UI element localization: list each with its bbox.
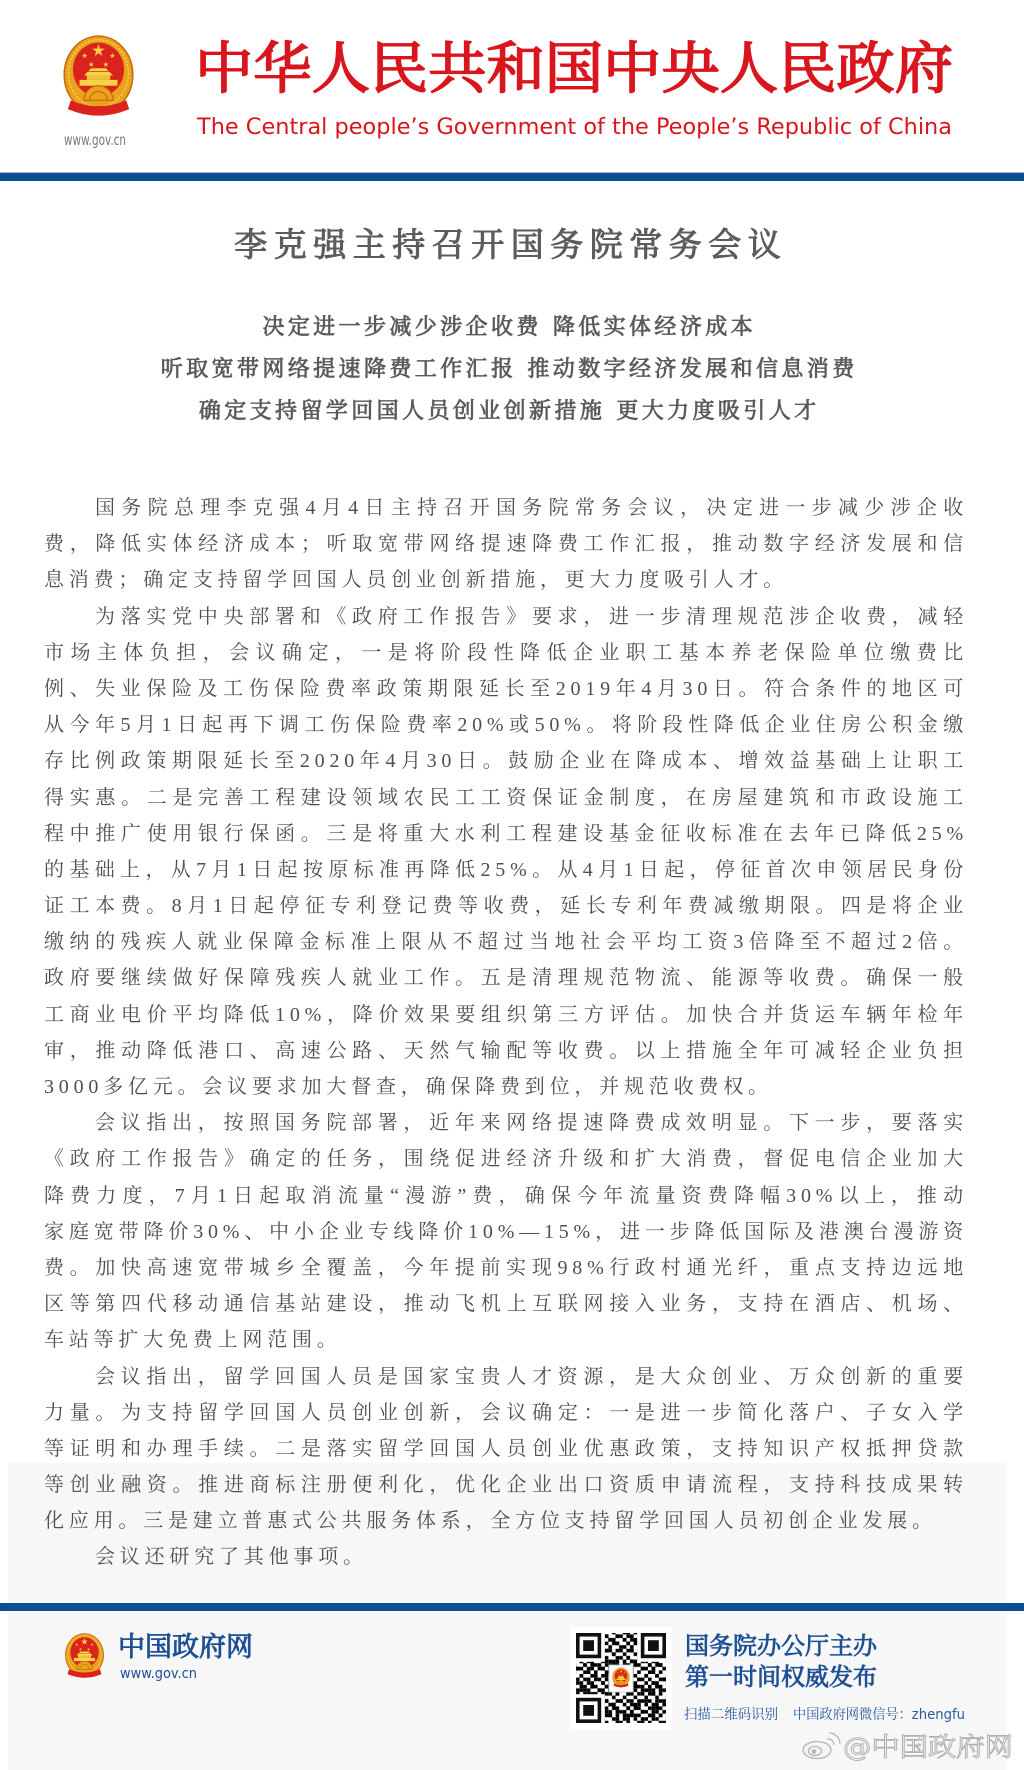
header-divider-highlight [0, 172, 1024, 173]
paragraph: 会议指出，留学回国人员是国家宝贵人才资源，是大众创业、万众创新的重要 力量。为支… [44, 1359, 968, 1540]
body-line: 家庭宽带降价30%、中小企业专线降价10%—15%，进一步降低国际及港澳台漫游资 [44, 1214, 968, 1250]
body-line: 费，降低实体经济成本；听取宽带网络提速降费工作汇报，推动数字经济发展和信 [44, 526, 968, 562]
paragraph: 会议指出，按照国务院部署，近年来网络提速降费成效明显。下一步，要落实 《政府工作… [44, 1105, 968, 1358]
body-line: 降费力度，7月1日起取消流量“漫游”费，确保今年流量资费降幅30%以上，推动 [44, 1178, 968, 1214]
paragraph: 为落实党中央部署和《政府工作报告》要求，进一步清理规范涉企收费，减轻 市场主体负… [44, 599, 968, 1106]
site-footer: 中国政府网 www.gov.cn 国务院办公厅主办 第一时间权威发布 扫描二维码… [0, 1611, 1024, 1770]
site-title-cn: 中华人民共和国中央人民政府 [195, 37, 953, 102]
body-line: 车站等扩大免费上网范围。 [44, 1322, 968, 1358]
footer-slogan-line: 第一时间权威发布 [685, 1663, 877, 1691]
subheadline: 听取宽带网络提速降费工作汇报 推动数字经济发展和信息消费 [8, 349, 1007, 391]
body-line: 例、失业保险及工伤保险费率政策期限延长至2019年4月30日。符合条件的地区可 [44, 671, 968, 707]
national-emblem-icon [65, 1634, 103, 1678]
body-line: 程中推广使用银行保函。三是将重大水利工程建设基金征收标准在去年已降低25% [44, 816, 968, 852]
body-line: 会议指出，留学回国人员是国家宝贵人才资源，是大众创业、万众创新的重要 [44, 1359, 968, 1395]
wechat-id-caption: 中国政府网微信号：zhengfu [793, 1706, 965, 1723]
body-line: 存比例政策期限延长至2020年4月30日。鼓励企业在降成本、增效益基础上让职工 [44, 743, 968, 779]
body-line: 为落实党中央部署和《政府工作报告》要求，进一步清理规范涉企收费，减轻 [44, 599, 968, 635]
article-subheadlines: 决定进一步减少涉企收费 降低实体经济成本 听取宽带网络提速降费工作汇报 推动数字… [8, 307, 1007, 433]
body-line: 工商业电价平均降低10%，降价效果要组织第三方评估。加快合并货运车辆年检年 [44, 997, 968, 1033]
body-line: 息消费；确定支持留学回国人员创业创新措施，更大力度吸引人才。 [44, 562, 968, 598]
body-line: 《政府工作报告》确定的任务，围绕促进经济升级和扩大消费，督促电信企业加大 [44, 1141, 968, 1177]
footer-slogan-line: 国务院办公厅主办 [685, 1632, 878, 1660]
subheadline: 确定支持留学回国人员创业创新措施 更大力度吸引人才 [8, 391, 1007, 433]
body-line: 得实惠。二是完善工程建设领域农民工工资保证金制度，在房屋建筑和市政设施工 [44, 780, 968, 816]
body-line: 缴纳的残疾人就业保障金标准上限从不超过当地社会平均工资3倍降至不超过2倍。 [44, 924, 968, 960]
body-line: 力量。为支持留学回国人员创业创新，会议确定：一是进一步简化落户、子女入学 [44, 1395, 968, 1431]
footer-site-name: 中国政府网 [118, 1632, 253, 1663]
body-line: 化应用。三是建立普惠式公共服务体系，全方位支持留学回国人员初创企业发展。 [44, 1503, 968, 1539]
footer-divider [0, 1603, 1024, 1611]
body-line: 等证明和办理手续。二是落实留学回国人员创业优惠政策，支持知识产权抵押贷款 [44, 1431, 968, 1467]
body-line: 费。加快高速宽带城乡全覆盖，今年提前实现98%行政村通光纤，重点支持边远地 [44, 1250, 968, 1286]
body-line: 市场主体负担，会议确定，一是将阶段性降低企业职工基本养老保险单位缴费比 [44, 635, 968, 671]
paragraph: 会议还研究了其他事项。 [44, 1539, 968, 1575]
qr-code-icon [570, 1627, 672, 1729]
site-header: www.gov.cn 中华人民共和国中央人民政府 The Central peo… [0, 0, 1024, 190]
body-line: 审，推动降低港口、高速公路、天然气输配等收费。以上措施全年可减轻企业负担 [44, 1033, 968, 1069]
paragraph: 国务院总理李克强4月4日主持召开国务院常务会议，决定进一步减少涉企收 费，降低实… [44, 490, 968, 599]
header-divider [0, 173, 1024, 181]
body-line: 等创业融资。推进商标注册便利化，优化企业出口资质申请流程，支持科技成果转 [44, 1467, 968, 1503]
footer-site-url: www.gov.cn [120, 1666, 197, 1682]
weibo-icon [803, 1733, 840, 1759]
body-line: 会议还研究了其他事项。 [44, 1539, 968, 1575]
body-line: 国务院总理李克强4月4日主持召开国务院常务会议，决定进一步减少涉企收 [44, 490, 968, 526]
article-headline: 李克强主持召开国务院常务会议 [8, 225, 1007, 265]
subheadline: 决定进一步减少涉企收费 降低实体经济成本 [8, 307, 1007, 349]
watermark-text: @中国政府网 [843, 1733, 1013, 1763]
body-line: 3000多亿元。会议要求加大督查，确保降费到位，并规范收费权。 [44, 1069, 968, 1105]
national-emblem-icon [64, 36, 133, 116]
body-line: 从今年5月1日起再下调工伤保险费率20%或50%。将阶段性降低企业住房公积金缴 [44, 707, 968, 743]
body-line: 证工本费。8月1日起停征专利登记费等收费，延长专利年费减缴期限。四是将企业 [44, 888, 968, 924]
body-line: 的基础上，从7月1日起按原标准再降低25%。从4月1日起，停征首次申领居民身份 [44, 852, 968, 888]
qr-caption: 扫描二维码识别 [684, 1706, 778, 1723]
site-title-en: The Central people’s Government of the P… [196, 115, 952, 140]
body-line: 政府要继续做好保障残疾人就业工作。五是清理规范物流、能源等收费。确保一般 [44, 960, 968, 996]
article-body: 国务院总理李克强4月4日主持召开国务院常务会议，决定进一步减少涉企收 费，降低实… [44, 490, 968, 1576]
body-line: 会议指出，按照国务院部署，近年来网络提速降费成效明显。下一步，要落实 [44, 1105, 968, 1141]
header-url: www.gov.cn [64, 131, 126, 149]
body-line: 区等第四代移动通信基站建设，推动飞机上互联网接入业务，支持在酒店、机场、 [44, 1286, 968, 1322]
